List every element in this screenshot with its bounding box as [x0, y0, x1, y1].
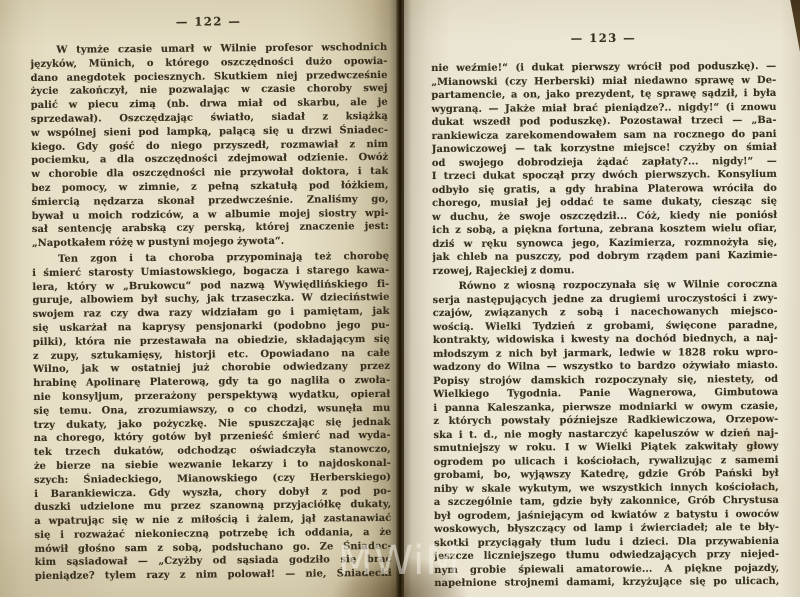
text-line: z których powstały późniejsze Radkiewicz…	[433, 413, 778, 429]
text-line: smutniejszy w roku. I w Wielki Piątek za…	[434, 440, 779, 456]
text-line: partamencie, a on, jako prezydent, tę sp…	[431, 87, 776, 103]
book-scan-photo: — 122 — W tymże czasie umarł w Wilnie pr…	[0, 0, 800, 597]
text-line: rzowej, Rajeckiej z domu.	[432, 262, 777, 278]
page-number-123: — 123 —	[431, 30, 776, 46]
text-line: chorego, musiał jej oddać te same dukaty…	[432, 195, 777, 211]
paragraph: W tymże czasie umarł w Wilnie profesor w…	[30, 41, 389, 251]
text-line: nie weźmie!“ (i dukat pierwszy wrócił po…	[431, 60, 776, 76]
page-122-text: — 122 — W tymże czasie umarł w Wilnie pr…	[30, 13, 392, 584]
page-123-text: — 123 — nie weźmie!“ (i dukat pierwszy w…	[431, 30, 779, 591]
text-line: dukat wszedł pod poduszkę). Pozostawał t…	[432, 114, 777, 130]
text-line: wadzony do Wilna — wszystko to bardzo oż…	[433, 359, 778, 375]
page-122-paragraphs: W tymże czasie umarł w Wilnie profesor w…	[30, 41, 392, 584]
paragraph: nie weźmie!“ (i dukat pierwszy wrócił po…	[431, 60, 777, 278]
text-line: Wielkiego Tygodnia. Panie Wagnerowa, Gim…	[433, 386, 778, 402]
text-line: ich z sobą, a piękna fortuna, zebrana ko…	[432, 222, 777, 238]
paragraph: Ten zgon i ta choroba przypominają też c…	[32, 250, 392, 584]
paragraph: Równo z wiosną rozpoczynała się w Wilnie…	[433, 278, 780, 591]
text-line: Równo z wiosną rozpoczynała się w Wilnie…	[433, 278, 778, 294]
text-line: czajów, związanych z sobą i nacechowanyc…	[433, 305, 778, 321]
text-line: jeszcze liczniejszego tłumu odwiedzający…	[434, 548, 779, 564]
text-line: jak chleb na puszczy, pod dobrym rządem …	[432, 249, 777, 265]
page-123-paragraphs: nie weźmie!“ (i dukat pierwszy wrócił po…	[431, 60, 779, 591]
page-number-122: — 122 —	[30, 13, 387, 30]
text-line: Janowiczowej — tak korzystne miejsce! cz…	[432, 141, 777, 157]
text-line: woskowych, błyszczący od lamp i źwiercia…	[434, 521, 779, 537]
text-line: a szczególnie tam, gdzie były zakonnice,…	[434, 494, 779, 510]
book-gutter	[396, 0, 404, 597]
archive-watermark: MWiM	[338, 538, 461, 584]
text-line: kontrakty, widowiska i kwesty na dochód …	[433, 332, 778, 348]
text-line: I trzeci dukat spoczął przy dwóch pierws…	[432, 168, 777, 184]
text-line: grobami, bo, wyjąwszy Katedrę, gdzie Gró…	[434, 467, 779, 483]
text-line: „Napotkałem różę w pustyni mojego żywota…	[32, 234, 389, 251]
text-line: napełnione strojnemi damami, krzyżujące …	[434, 575, 779, 591]
